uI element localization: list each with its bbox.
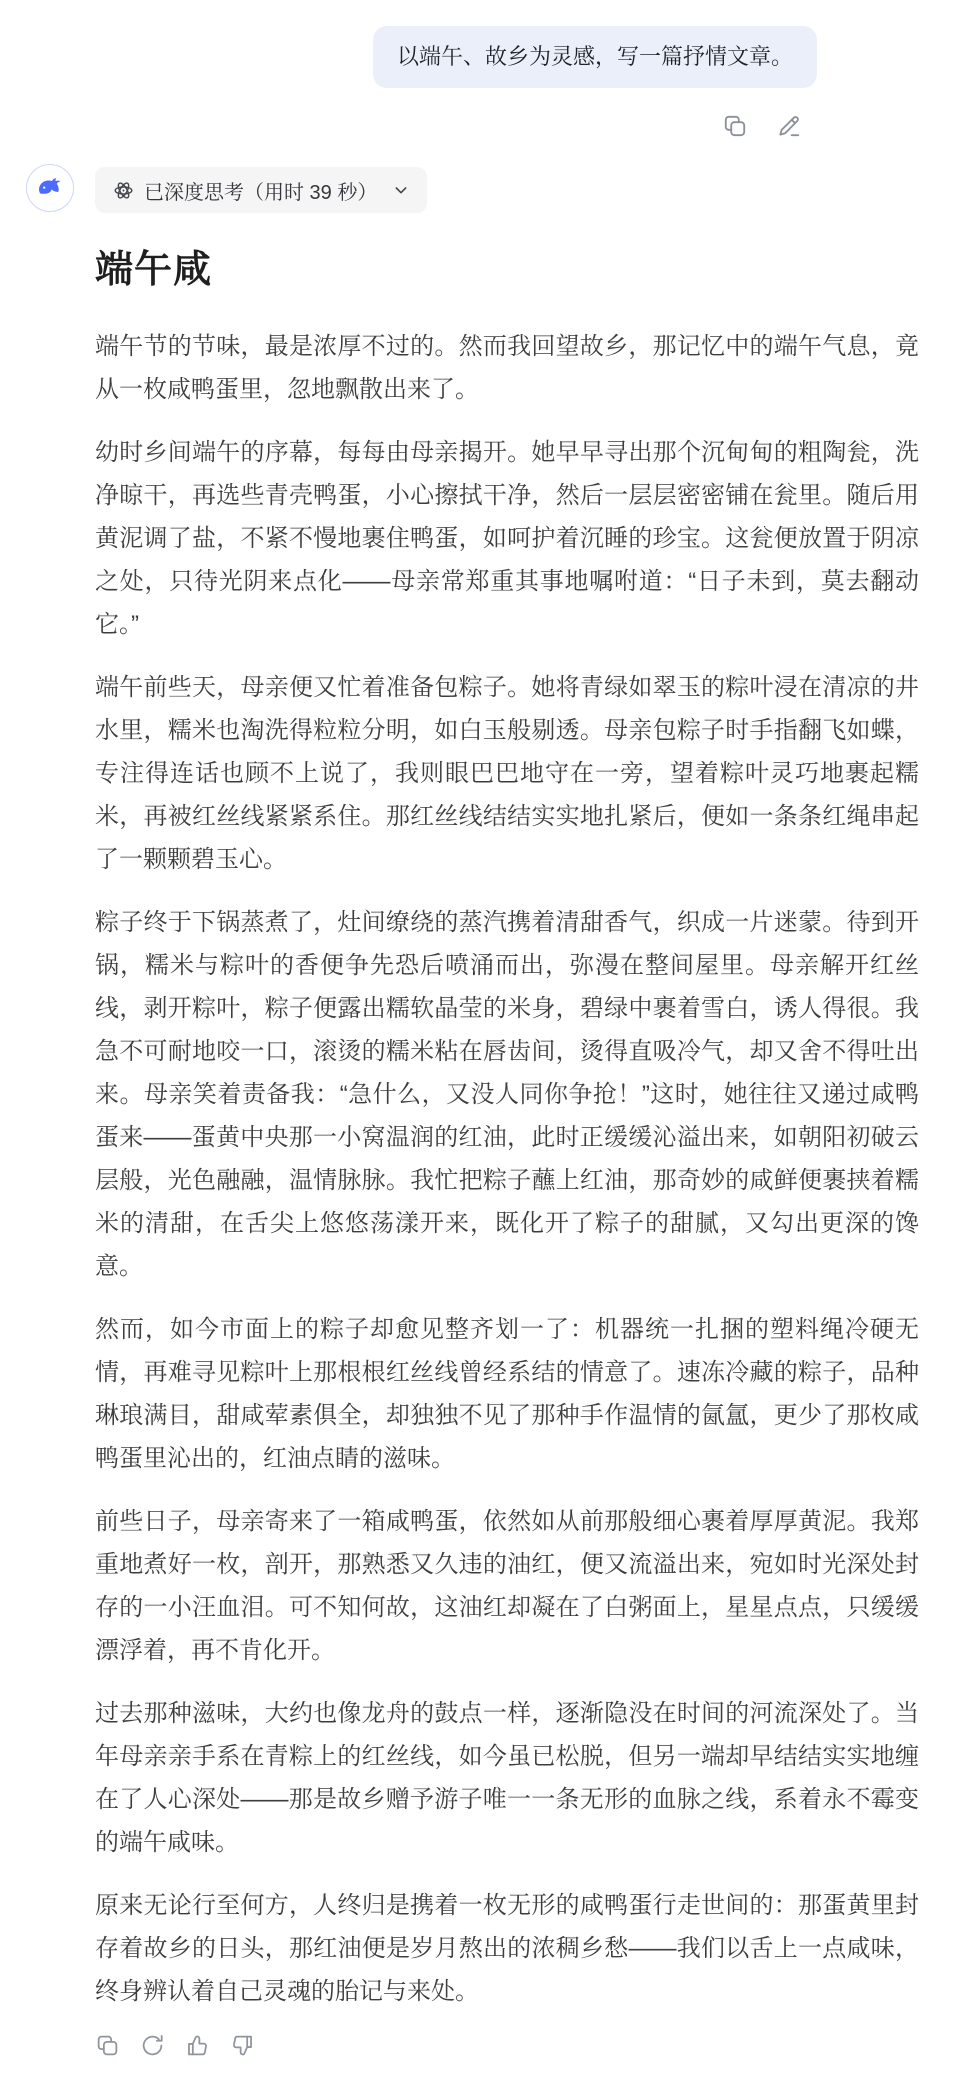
deep-think-toggle[interactable]: 已深度思考（用时 39 秒） xyxy=(95,167,427,213)
user-message-actions xyxy=(722,113,802,139)
edit-message-button[interactable] xyxy=(776,113,802,139)
essay-paragraph: 原来无论行至何方，人终归是携着一枚无形的咸鸭蛋行走世间的：那蛋黄里封存着故乡的日… xyxy=(95,1884,919,2013)
chevron-down-icon xyxy=(393,182,409,198)
deep-think-label: 已深度思考（用时 39 秒） xyxy=(144,176,377,205)
thumbs-down-icon xyxy=(230,2033,255,2058)
whale-icon xyxy=(34,172,66,204)
edit-pencil-icon xyxy=(776,113,802,139)
assistant-response: 端午咸 端午节的节味，最是浓厚不过的。然而我回望故乡，那记忆中的端午气息，竟从一… xyxy=(95,238,919,2058)
regenerate-button[interactable] xyxy=(140,2033,165,2058)
assistant-avatar xyxy=(26,164,74,212)
thumbs-up-icon xyxy=(185,2033,210,2058)
essay-paragraph: 粽子终于下锅蒸煮了，灶间缭绕的蒸汽携着清甜香气，织成一片迷蒙。待到开锅，糯米与粽… xyxy=(95,901,919,1288)
copy-icon xyxy=(95,2033,120,2058)
copy-icon xyxy=(722,113,748,139)
regenerate-icon xyxy=(140,2033,165,2058)
essay-paragraph: 前些日子，母亲寄来了一箱咸鸭蛋，依然如从前那般细心裹着厚厚黄泥。我郑重地煮好一枚… xyxy=(95,1500,919,1672)
atom-icon xyxy=(113,180,134,201)
essay-paragraph: 端午节的节味，最是浓厚不过的。然而我回望故乡，那记忆中的端午气息，竟从一枚咸鸭蛋… xyxy=(95,325,919,411)
essay-paragraph: 幼时乡间端午的序幕，每每由母亲揭开。她早早寻出那个沉甸甸的粗陶瓮，洗净晾干，再选… xyxy=(95,431,919,646)
copy-response-button[interactable] xyxy=(95,2033,120,2058)
response-actions xyxy=(95,2033,919,2058)
user-message-bubble: 以端午、故乡为灵感，写一篇抒情文章。 xyxy=(373,26,817,88)
essay-paragraph: 然而，如今市面上的粽子却愈见整齐划一了：机器统一扎捆的塑料绳冷硬无情，再难寻见粽… xyxy=(95,1308,919,1480)
essay-paragraph: 端午前些天，母亲便又忙着准备包粽子。她将青绿如翠玉的粽叶浸在清凉的井水里，糯米也… xyxy=(95,666,919,881)
essay-title: 端午咸 xyxy=(95,238,919,293)
copy-message-button[interactable] xyxy=(722,113,748,139)
like-button[interactable] xyxy=(185,2033,210,2058)
essay-paragraph: 过去那种滋味，大约也像龙舟的鼓点一样，逐渐隐没在时间的河流深处了。当年母亲亲手系… xyxy=(95,1692,919,1864)
dislike-button[interactable] xyxy=(230,2033,255,2058)
